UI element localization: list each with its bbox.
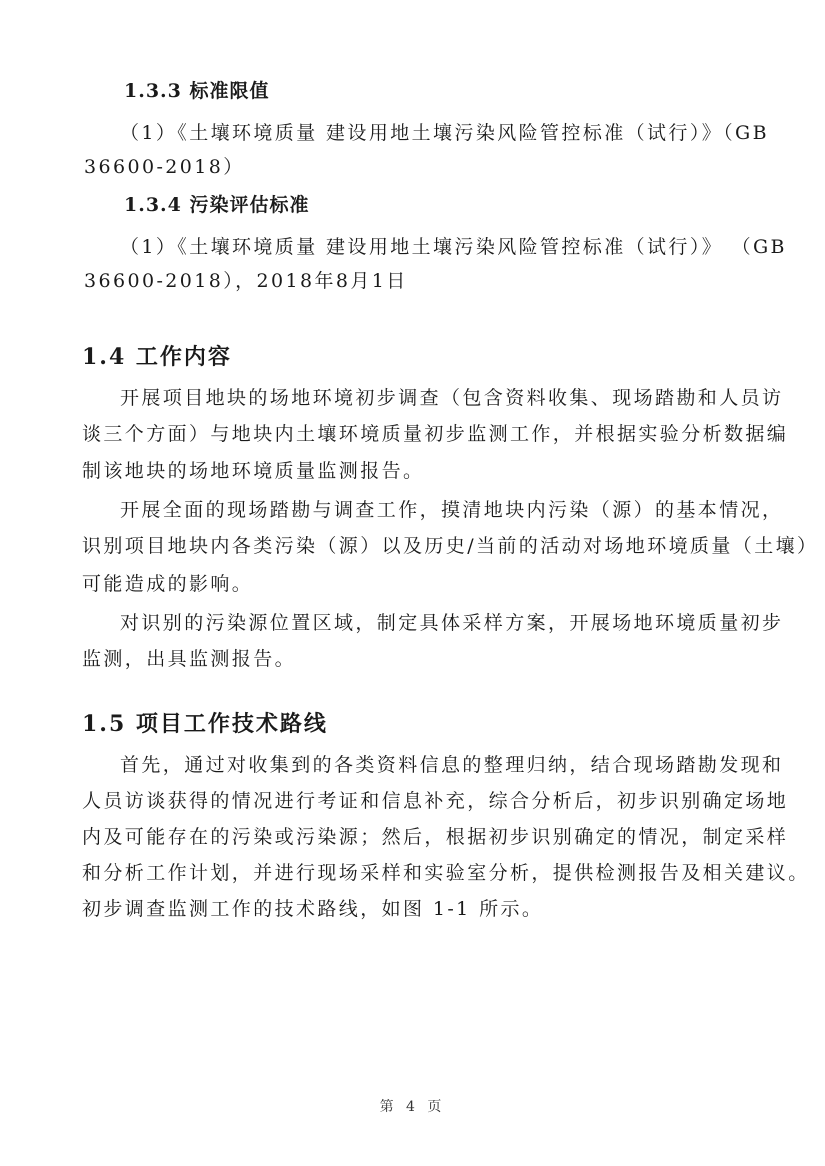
heading-1-4: 1.4 工作内容 bbox=[82, 340, 232, 371]
paragraph: 36600-2018） bbox=[84, 152, 245, 179]
paragraph: 内及可能存在的污染或污染源；然后，根据初步识别确定的情况，制定采样 bbox=[82, 822, 788, 849]
paragraph: 可能造成的影响。 bbox=[82, 569, 253, 596]
paragraph: 谈三个方面）与地块内土壤环境质量初步监测工作，并根据实验分析数据编 bbox=[82, 419, 788, 446]
paragraph: 人员访谈获得的情况进行考证和信息补充，综合分析后，初步识别确定场地 bbox=[82, 786, 788, 813]
page-number: 第 4 页 bbox=[0, 1096, 825, 1116]
paragraph: 36600-2018），2018年8月1日 bbox=[84, 266, 408, 293]
paragraph: 监测，出具监测报告。 bbox=[82, 644, 296, 671]
heading-1-5: 1.5 项目工作技术路线 bbox=[82, 707, 328, 738]
paragraph: 制该地块的场地环境质量监测报告。 bbox=[82, 456, 424, 483]
paragraph: 识别项目地块内各类污染（源）以及历史/当前的活动对场地环境质量（土壤） bbox=[82, 531, 818, 558]
paragraph: 开展项目地块的场地环境初步调查（包含资料收集、现场踏勘和人员访 bbox=[120, 383, 783, 410]
heading-1-3-4: 1.3.4 污染评估标准 bbox=[124, 190, 310, 217]
paragraph: 首先，通过对收集到的各类资料信息的整理归纳，结合现场踏勘发现和 bbox=[120, 750, 783, 777]
paragraph: 对识别的污染源位置区域，制定具体采样方案，开展场地环境质量初步 bbox=[120, 608, 783, 635]
paragraph: （1）《土壤环境质量 建设用地土壤污染风险管控标准（试行）》 （GB bbox=[120, 232, 787, 259]
heading-1-3-3: 1.3.3 标准限值 bbox=[124, 76, 270, 103]
paragraph: 和分析工作计划，并进行现场采样和实验室分析，提供检测报告及相关建议。 bbox=[82, 858, 810, 885]
paragraph: 开展全面的现场踏勘与调查工作，摸清地块内污染（源）的基本情况， bbox=[120, 495, 783, 522]
paragraph: （1）《土壤环境质量 建设用地土壤污染风险管控标准（试行）》（GB bbox=[120, 118, 769, 145]
paragraph: 初步调查监测工作的技术路线，如图 1-1 所示。 bbox=[82, 894, 543, 921]
